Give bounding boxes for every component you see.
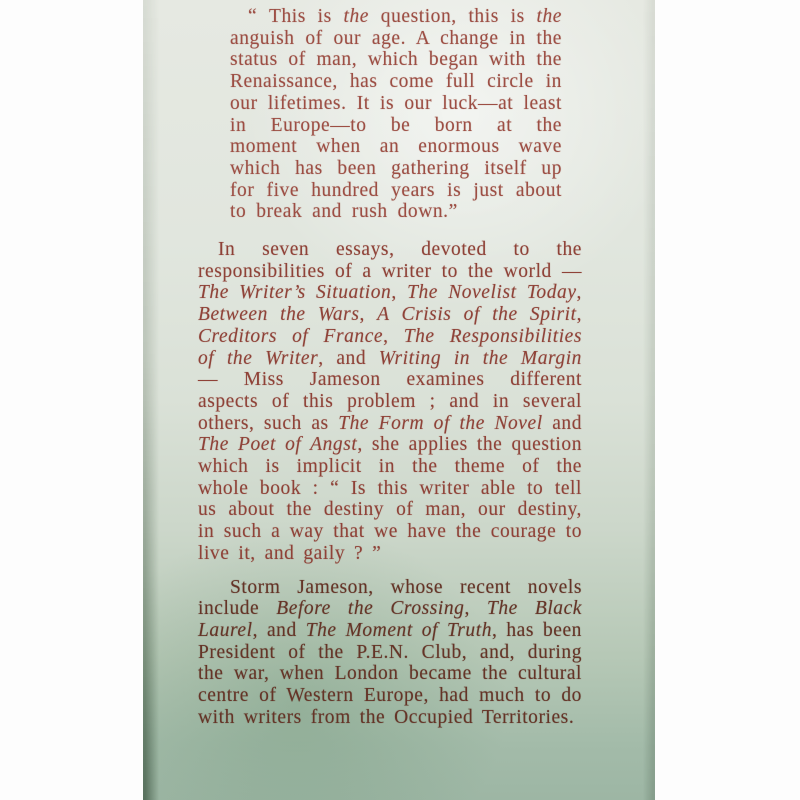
text-run: , and [318,348,379,369]
paragraph-author-bio: Storm Jameson, whose recent novels inclu… [198,577,582,729]
book-title-italic: The Poet of Angst [198,434,357,455]
book-title-italic: A Crisis of the Spirit [377,304,576,325]
text-run: question, this is [369,6,537,27]
text-run: , [577,304,582,325]
text-run: , and [253,620,306,641]
text-run: , [391,282,407,303]
book-title-italic: The Novelist Today [407,282,576,303]
book-title-italic: Between the Wars [198,304,359,325]
text-run: , [359,304,377,325]
book-title-italic: the [537,6,562,27]
book-jacket-flap: “ This is the question, this is the angu… [143,0,655,800]
book-title-italic: The Moment of Truth [306,620,492,641]
paragraph-opening-quote: “ This is the question, this is the angu… [230,6,562,223]
flap-text-block: “ This is the question, this is the angu… [143,0,655,729]
paragraph-essays-summary: In seven essays, devoted to the responsi… [198,239,582,565]
book-title-italic: Creditors of France [198,326,383,347]
photo-white-backdrop: “ This is the question, this is the angu… [0,0,800,800]
book-title-italic: the [344,6,369,27]
text-run: “ This is [248,6,344,27]
book-title-italic: The Writer’s Situation [198,282,391,303]
text-run: , [577,282,582,303]
text-run: , [464,598,486,619]
text-run: anguish of our age. A change in the stat… [230,28,562,223]
text-run: and [543,413,582,434]
text-run: In seven essays, devoted to the responsi… [198,239,582,282]
book-title-italic: Before the Crossing [276,598,464,619]
book-title-italic: The Form of the Novel [338,413,542,434]
book-title-italic: Writing in the Margin [379,348,582,369]
text-run: , [383,326,404,347]
